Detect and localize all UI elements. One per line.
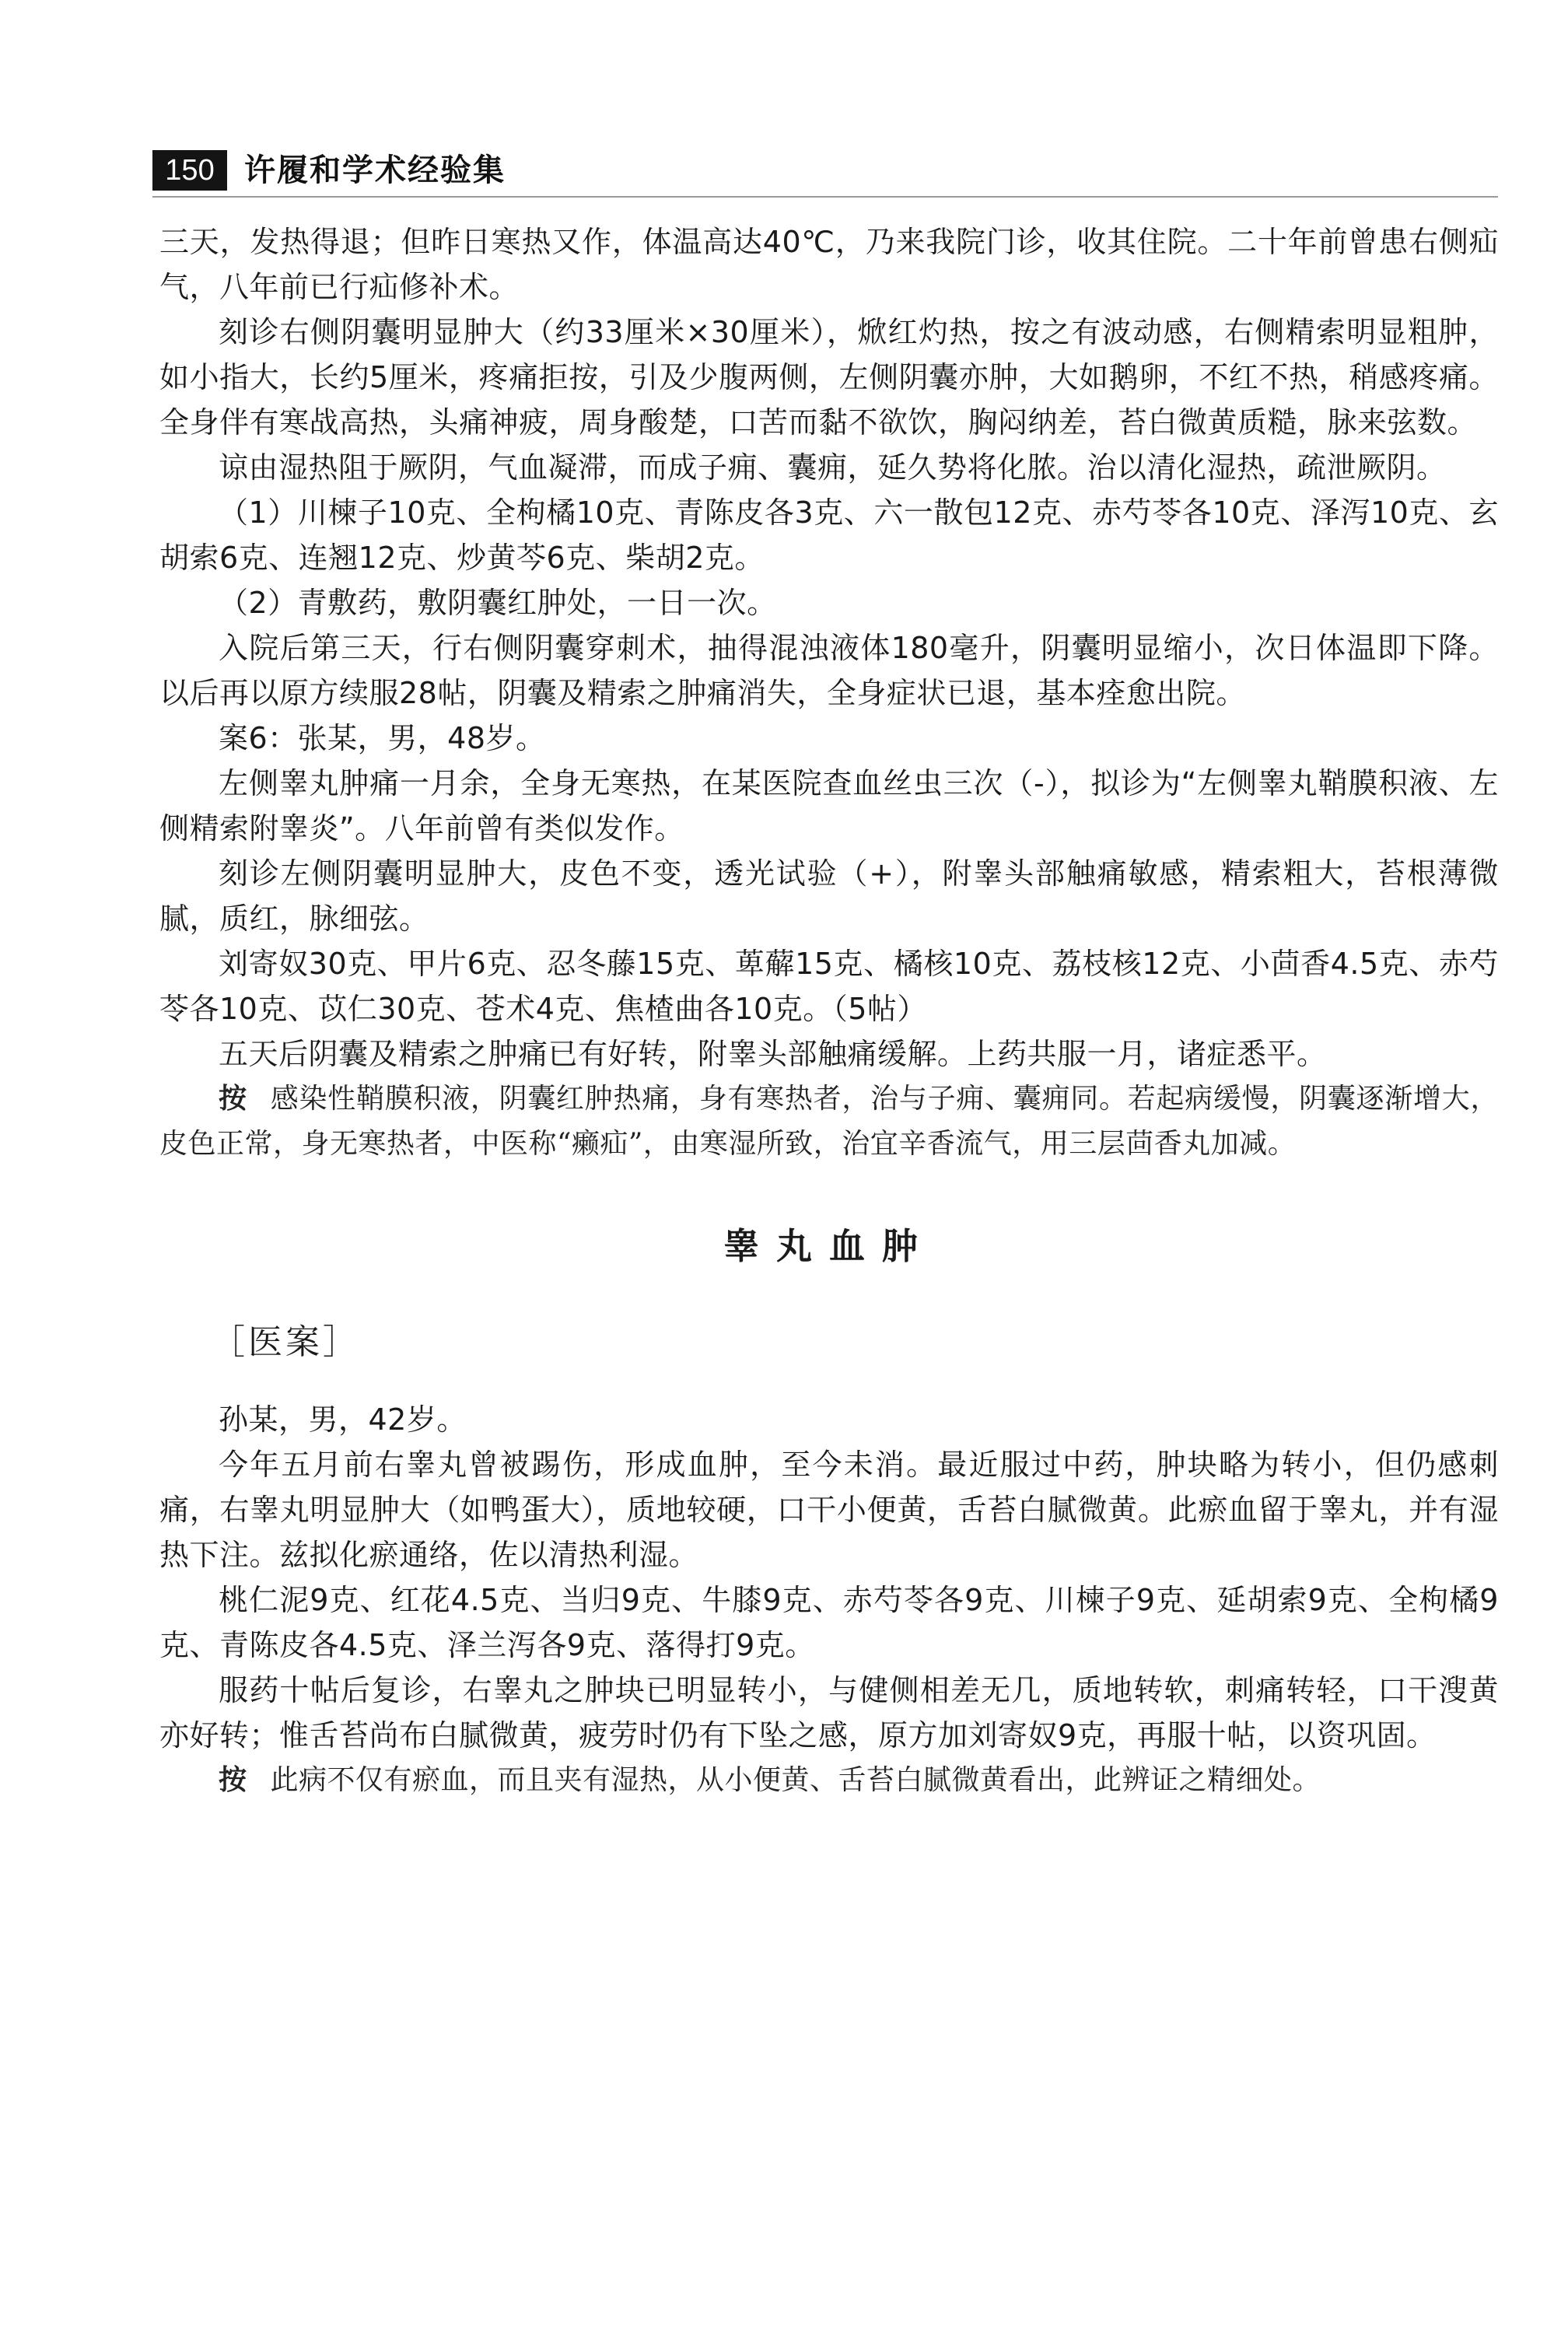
page-number: 150 — [152, 150, 227, 191]
prescription-paragraph: 刘寄奴30克、甲片6克、忍冬藤15克、萆薢15克、橘核10克、荔枝核12克、小茴… — [159, 941, 1499, 1031]
note-text: 此病不仅有瘀血，而且夹有湿热，从小便黄、舌苔白腻微黄看出，此辨证之精细处。 — [271, 1764, 1321, 1796]
header-rule — [152, 196, 1498, 198]
prescription-paragraph: 桃仁泥9克、红花4.5克、当归9克、牛膝9克、赤芍苓各9克、川楝子9克、延胡索9… — [159, 1577, 1499, 1668]
paragraph: 刻诊右侧阴囊明显肿大（约33厘米×30厘米），焮红灼热，按之有波动感，右侧精索明… — [159, 310, 1499, 445]
paragraph: 谅由湿热阻于厥阴，气血凝滞，而成子痈、囊痈，延久势将化脓。治以清化湿热，疏泄厥阴… — [159, 445, 1499, 490]
commentary-note: 按此病不仅有瘀血，而且夹有湿热，从小便黄、舌苔白腻微黄看出，此辨证之精细处。 — [159, 1758, 1499, 1803]
note-label: 按 — [219, 1764, 247, 1796]
paragraph: 左侧睾丸肿痛一月余，全身无寒热，在某医院查血丝虫三次（-），拟诊为“左侧睾丸鞘膜… — [159, 761, 1499, 851]
section-title: 睾丸血肿 — [159, 1223, 1499, 1269]
paragraph: 五天后阴囊及精索之肿痛已有好转，附睾头部触痛缓解。上药共服一月，诸症悉平。 — [159, 1031, 1499, 1077]
paragraph: 今年五月前右睾丸曾被踢伤，形成血肿，至今未消。最近服过中药，肿块略为转小，但仍感… — [159, 1442, 1499, 1577]
page-body: 三天，发热得退；但昨日寒热又作，体温高达40℃，乃来我院门诊，收其住院。二十年前… — [159, 219, 1499, 1803]
running-header: 150 许履和学术经验集 — [152, 148, 1498, 202]
paragraph: 服药十帖后复诊，右睾丸之肿块已明显转小，与健侧相差无几，质地转软，刺痛转轻，口干… — [159, 1668, 1499, 1758]
note-label: 按 — [219, 1083, 247, 1115]
subheading-case-record: ［医案］ — [211, 1319, 1499, 1366]
prescription-paragraph: （2）青敷药，敷阴囊红肿处，一日一次。 — [159, 580, 1499, 625]
note-text: 感染性鞘膜积液，阴囊红肿热痛，身有寒热者，治与子痈、囊痈同。若起病缓慢，阴囊逐渐… — [159, 1083, 1499, 1160]
paragraph: 入院后第三天，行右侧阴囊穿刺术，抽得混浊液体180毫升，阴囊明显缩小，次日体温即… — [159, 625, 1499, 716]
case-heading: 案6：张某，男，48岁。 — [159, 716, 1499, 761]
commentary-note: 按感染性鞘膜积液，阴囊红肿热痛，身有寒热者，治与子痈、囊痈同。若起病缓慢，阴囊逐… — [159, 1077, 1499, 1167]
paragraph: 三天，发热得退；但昨日寒热又作，体温高达40℃，乃来我院门诊，收其住院。二十年前… — [159, 219, 1499, 310]
case-heading: 孙某，男，42岁。 — [159, 1397, 1499, 1442]
prescription-paragraph: （1）川楝子10克、全枸橘10克、青陈皮各3克、六一散包12克、赤芍苓各10克、… — [159, 490, 1499, 580]
paragraph: 刻诊左侧阴囊明显肿大，皮色不变，透光试验（+），附睾头部触痛敏感，精索粗大，苔根… — [159, 851, 1499, 941]
book-title: 许履和学术经验集 — [244, 148, 506, 193]
